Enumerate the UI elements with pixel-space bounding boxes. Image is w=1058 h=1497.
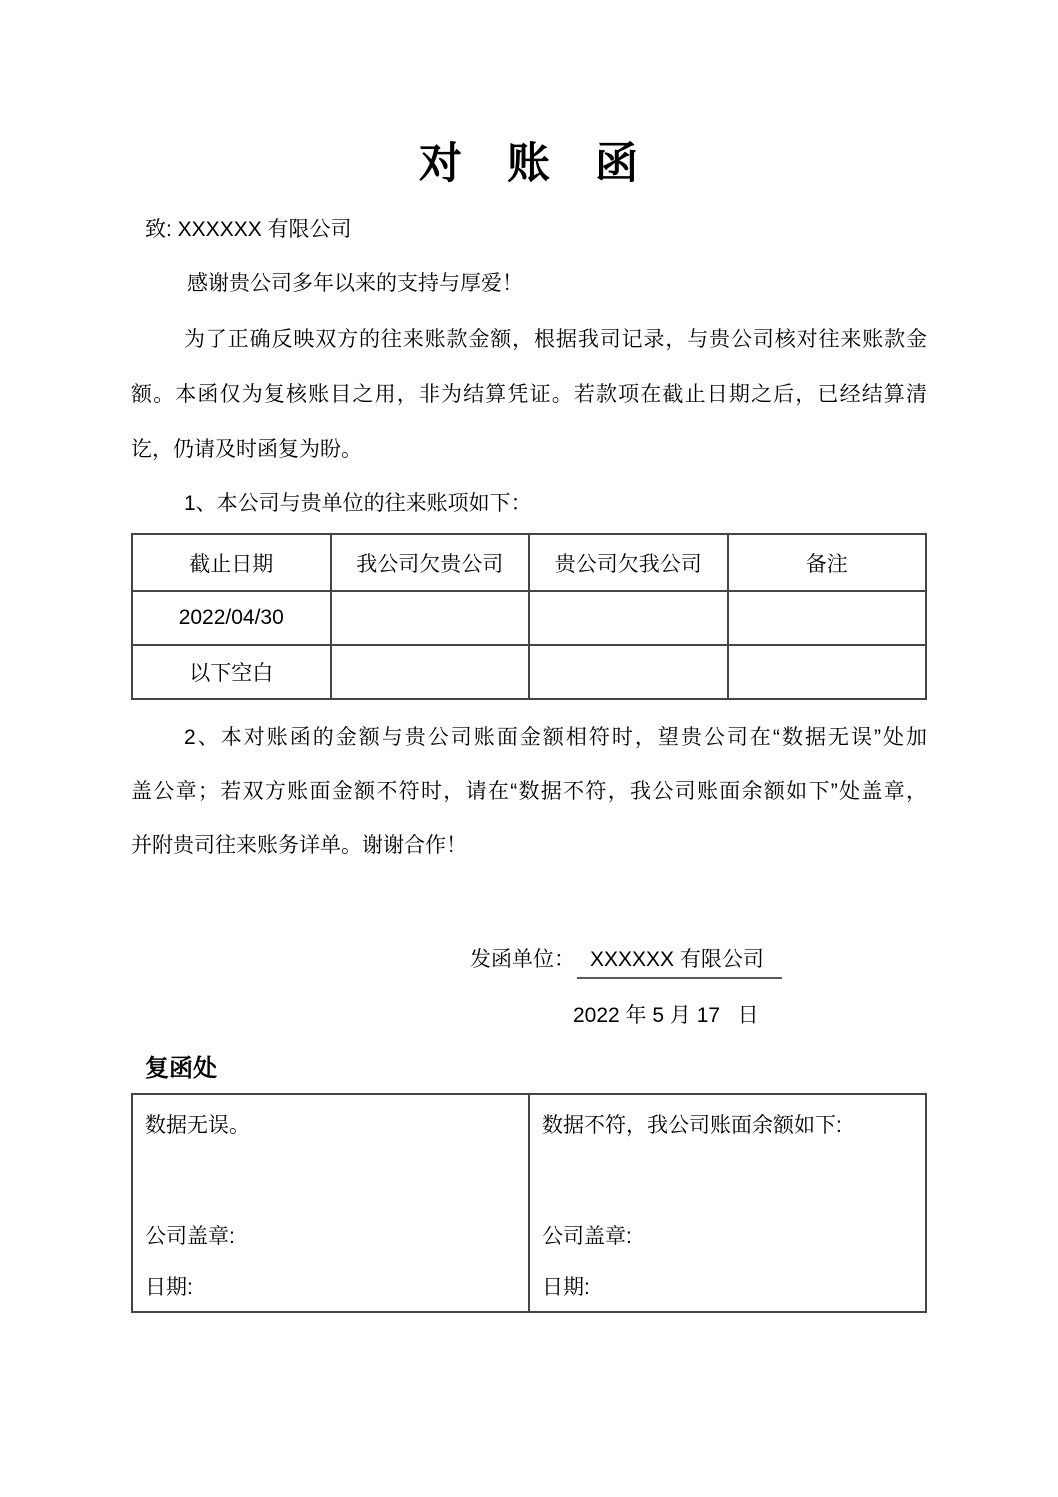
paragraph1-line3: 讫，仍请及时函复为盼。 bbox=[131, 436, 362, 463]
data-correct-label: 数据无误。 bbox=[145, 1109, 250, 1139]
cell-we-owe-you bbox=[331, 591, 530, 645]
paragraph1-line2: 额。本函仅为复核账目之用，非为结算凭证。若款项在截止日期之后，已经结算清 bbox=[131, 381, 927, 408]
paragraph1-line1: 为了正确反映双方的往来账款金额，根据我司记录，与贵公司核对往来账款金 bbox=[184, 326, 927, 353]
reply-table-body: 数据无误。 公司盖章: 日期: 数据不符，我公司账面余额如下: 公司盖章: 日期… bbox=[132, 1094, 926, 1312]
recipient-line: 致: XXXXXX 有限公司 bbox=[145, 216, 352, 243]
header-you-owe-us: 贵公司欠我公司 bbox=[529, 534, 728, 591]
cell-remarks bbox=[728, 591, 927, 645]
cell-you-owe-us bbox=[529, 645, 728, 699]
cell-cutoff-date: 2022/04/30 bbox=[132, 591, 331, 645]
accounts-table-body: 2022/04/30 以下空白 bbox=[132, 591, 926, 699]
table-header-row: 截止日期 我公司欠贵公司 贵公司欠我公司 备注 bbox=[132, 534, 926, 591]
reply-cell-data-correct: 数据无误。 公司盖章: 日期: bbox=[132, 1094, 529, 1312]
letter-date: 2022 年 5 月 17 日 bbox=[573, 999, 759, 1029]
reply-table: 数据无误。 公司盖章: 日期: 数据不符，我公司账面余额如下: 公司盖章: 日期… bbox=[131, 1093, 927, 1313]
page-title: 对 账 函 bbox=[0, 130, 1058, 191]
reply-cell-data-mismatch: 数据不符，我公司账面余额如下: 公司盖章: 日期: bbox=[529, 1094, 926, 1312]
item1-heading: 1、本公司与贵单位的往来账项如下： bbox=[184, 490, 532, 517]
date-label: 日期: bbox=[542, 1271, 590, 1301]
cell-blank-below: 以下空白 bbox=[132, 645, 331, 699]
header-we-owe-you: 我公司欠贵公司 bbox=[331, 534, 530, 591]
greeting-line: 感谢贵公司多年以来的支持与厚爱！ bbox=[187, 270, 523, 297]
data-mismatch-label: 数据不符，我公司账面余额如下: bbox=[542, 1109, 842, 1139]
header-cutoff-date: 截止日期 bbox=[132, 534, 331, 591]
company-stamp-label: 公司盖章: bbox=[145, 1220, 235, 1250]
header-remarks: 备注 bbox=[728, 534, 927, 591]
company-stamp-label: 公司盖章: bbox=[542, 1220, 632, 1250]
sender-label: 发函单位： bbox=[470, 948, 575, 971]
accounts-table: 截止日期 我公司欠贵公司 贵公司欠我公司 备注 2022/04/30 以下空白 bbox=[131, 533, 927, 700]
cell-you-owe-us bbox=[529, 591, 728, 645]
paragraph2-line2: 盖公章；若双方账面金额不符时，请在“数据不符，我公司账面余额如下”处盖章， bbox=[131, 778, 927, 805]
date-label: 日期: bbox=[145, 1271, 193, 1301]
sender-company-name: XXXXXX 有限公司 bbox=[577, 943, 782, 979]
cell-we-owe-you bbox=[331, 645, 530, 699]
paragraph2-line1: 2、本对账函的金额与贵公司账面金额相符时，望贵公司在“数据无误”处加 bbox=[184, 724, 927, 751]
reply-section-heading: 复函处 bbox=[145, 1048, 217, 1083]
accounts-table-header: 截止日期 我公司欠贵公司 贵公司欠我公司 备注 bbox=[132, 534, 926, 591]
cell-remarks bbox=[728, 645, 927, 699]
paragraph2-line3: 并附贵司往来账务详单。谢谢合作！ bbox=[131, 832, 467, 859]
table-row: 2022/04/30 bbox=[132, 591, 926, 645]
sender-line: 发函单位：XXXXXX 有限公司 bbox=[470, 943, 782, 979]
reply-table-row: 数据无误。 公司盖章: 日期: 数据不符，我公司账面余额如下: 公司盖章: 日期… bbox=[132, 1094, 926, 1312]
reconciliation-letter-page: 对 账 函 致: XXXXXX 有限公司 感谢贵公司多年以来的支持与厚爱！ 为了… bbox=[0, 0, 1058, 1497]
table-row: 以下空白 bbox=[132, 645, 926, 699]
